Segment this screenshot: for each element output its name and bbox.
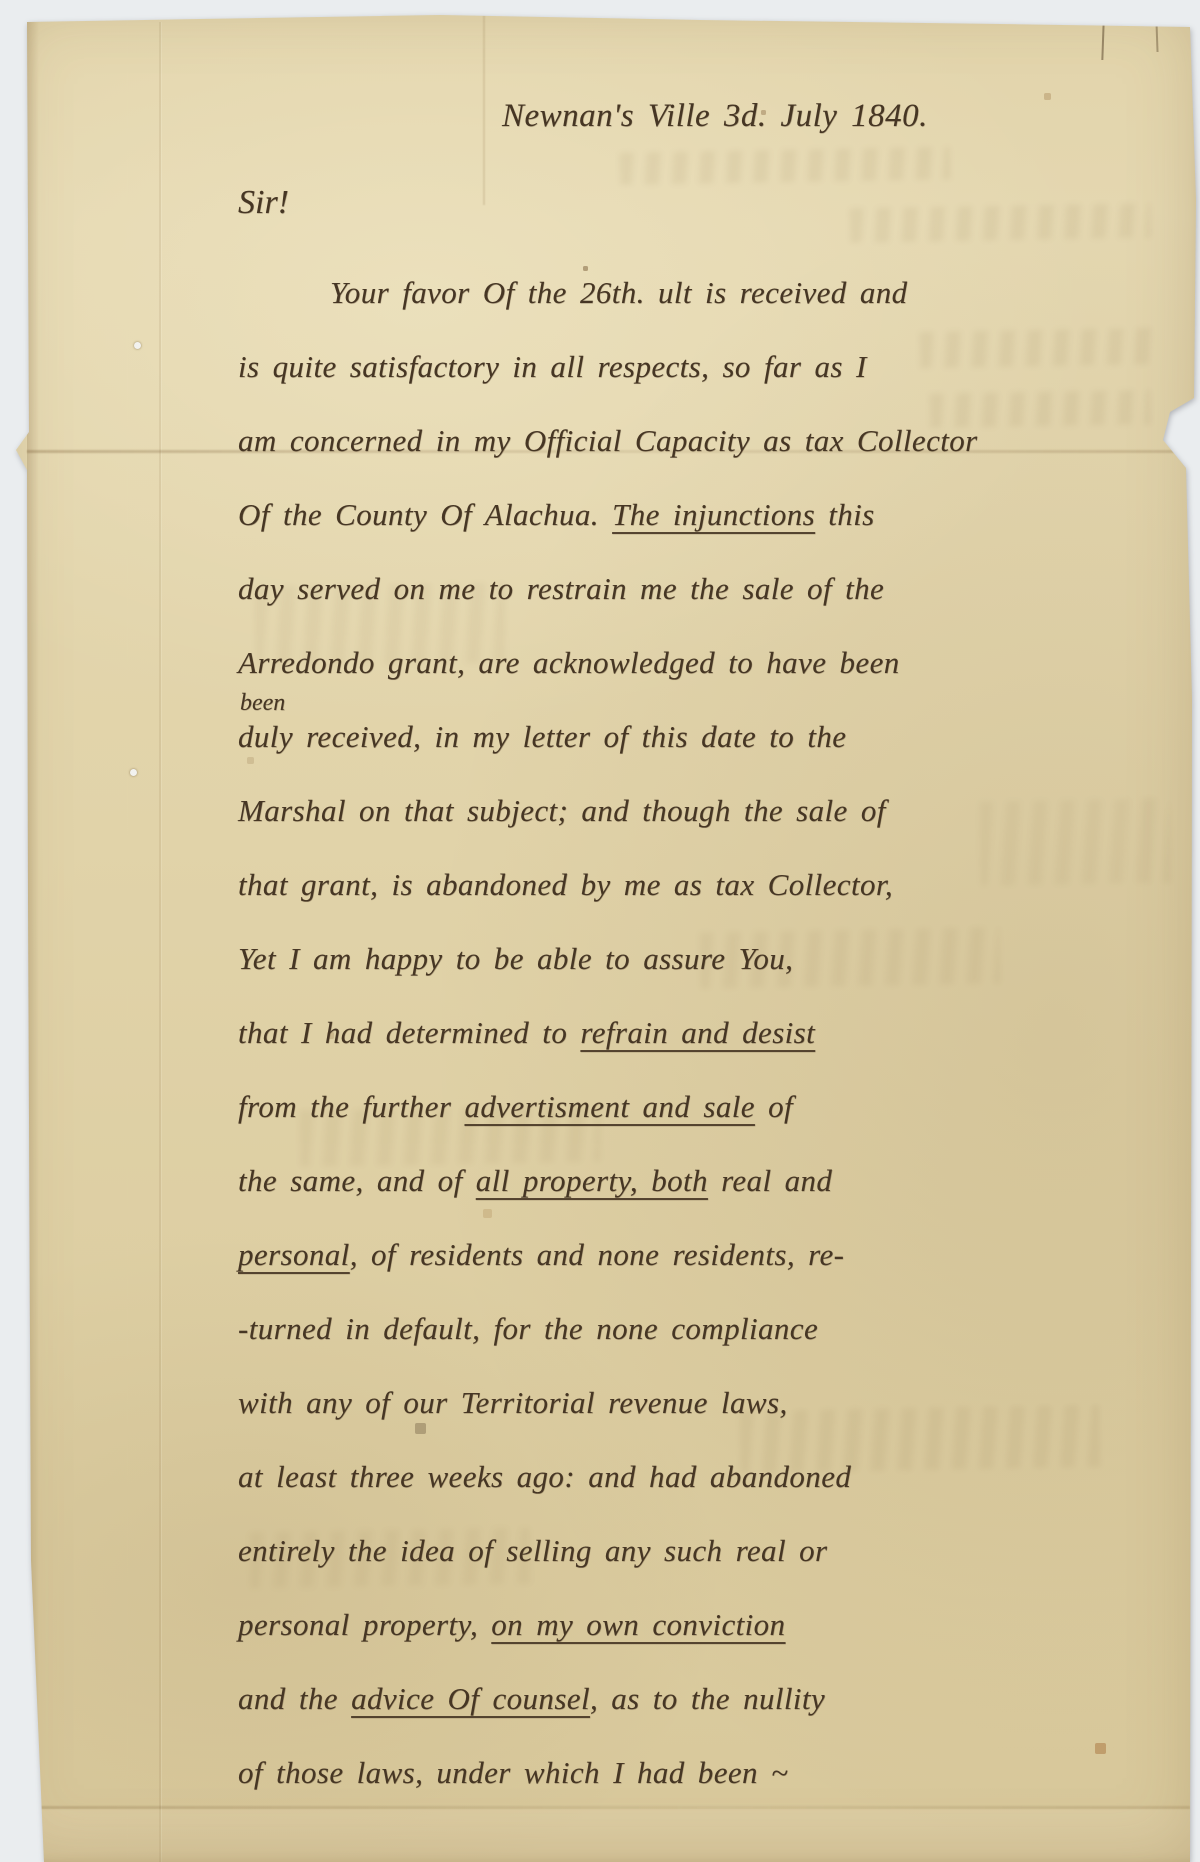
letter-line: am concerned in my Official Capacity as … (238, 404, 998, 478)
underlined-phrase: all property, both (476, 1163, 708, 1198)
letter-line: Marshal on that subject; and though the … (238, 774, 998, 848)
underlined-phrase: advice Of counsel (351, 1681, 590, 1716)
phrase: , as to the nullity (590, 1681, 825, 1716)
letter-line: the same, and of all property, both real… (238, 1144, 998, 1218)
letter-line: personal, of residents and none resident… (238, 1218, 998, 1292)
phrase: Arredondo grant, are acknowledged to hav… (238, 645, 900, 680)
phrase: personal property, (238, 1607, 491, 1642)
fold-light-band (30, 1809, 1190, 1862)
phrase: duly received, in my letter of this date… (238, 719, 846, 754)
vertical-fold-crease (159, 22, 161, 1862)
phrase: this (815, 497, 875, 532)
phrase: of those laws, under which I had been ~ (238, 1755, 788, 1790)
letter-line: -turned in default, for the none complia… (238, 1292, 998, 1366)
phrase: , of residents and none residents, re- (350, 1237, 845, 1272)
phrase: and the (238, 1681, 351, 1716)
letter-line: from the further advertisment and sale o… (238, 1070, 998, 1144)
underlined-phrase: personal (238, 1237, 350, 1272)
underlined-phrase: refrain and desist (580, 1015, 815, 1050)
letter-line: of those laws, under which I had been ~ (238, 1736, 998, 1810)
phrase: Yet I am happy to be able to assure You, (238, 941, 793, 976)
letter-line: day served on me to restrain me the sale… (238, 552, 998, 626)
underlined-phrase: on my own conviction (491, 1607, 785, 1642)
phrase: entirely the idea of selling any such re… (238, 1533, 827, 1568)
paper-crack (1155, 22, 1158, 52)
paper-shadow-wrap: Newnan's Ville 3d. July 1840. Sir! been … (0, 0, 1200, 1862)
phrase: that I had determined to (238, 1015, 580, 1050)
phrase: at least three weeks ago: and had abando… (238, 1459, 851, 1494)
stain-specks (0, 0, 1, 1)
archival-scan-page: { "page": { "background_color": "#eaedef… (0, 0, 1200, 1862)
phrase: the same, and of (238, 1163, 476, 1198)
phrase: -turned in default, for the none complia… (238, 1311, 818, 1346)
letter-line: Your favor Of the 26th. ult is received … (238, 256, 998, 330)
vertical-fold-crease-top (483, 15, 485, 205)
phrase: Marshal on that subject; and though the … (238, 793, 886, 828)
letter-line: personal property, on my own conviction (238, 1588, 998, 1662)
letter-line: duly received, in my letter of this date… (238, 700, 998, 774)
pin-hole (134, 342, 141, 349)
letter-dateline: Newnan's Ville 3d. July 1840. (502, 98, 928, 135)
letter-salutation: Sir! (238, 184, 289, 222)
phrase: am concerned in my Official Capacity as … (238, 423, 978, 458)
phrase: from the further (238, 1089, 464, 1124)
left-edge-shading (27, 22, 39, 1862)
underlined-phrase: The injunctions (612, 497, 815, 532)
phrase: Your favor Of the 26th. ult is received … (330, 275, 908, 310)
paper-crack (1101, 22, 1104, 60)
phrase: real and (708, 1163, 832, 1198)
letter-line: Arredondo grant, are acknowledged to hav… (238, 626, 998, 700)
letter-line: that I had determined to refrain and des… (238, 996, 998, 1070)
letter-line: Of the County Of Alachua. The injunction… (238, 478, 998, 552)
phrase: of (755, 1089, 793, 1124)
phrase: with any of our Territorial revenue laws… (238, 1385, 788, 1420)
pin-hole (130, 769, 137, 776)
underlined-phrase: advertisment and sale (464, 1089, 754, 1124)
letter-line: entirely the idea of selling any such re… (238, 1514, 998, 1588)
phrase: Of the County Of Alachua. (238, 497, 612, 532)
phrase: day served on me to restrain me the sale… (238, 571, 884, 606)
letter-line: with any of our Territorial revenue laws… (238, 1366, 998, 1440)
letter-line: and the advice Of counsel, as to the nul… (238, 1662, 998, 1736)
phrase: that grant, is abandoned by me as tax Co… (238, 867, 893, 902)
ink-bleedthrough (979, 798, 1170, 885)
ink-bleedthrough (850, 203, 1151, 242)
phrase: is quite satisfactory in all respects, s… (238, 349, 867, 384)
letter-body: Your favor Of the 26th. ult is received … (238, 256, 998, 1810)
letter-line: Yet I am happy to be able to assure You, (238, 922, 998, 996)
ink-bleedthrough (620, 147, 951, 185)
letter-line: is quite satisfactory in all respects, s… (238, 330, 998, 404)
letter-line: that grant, is abandoned by me as tax Co… (238, 848, 998, 922)
paper-sheet: Newnan's Ville 3d. July 1840. Sir! been … (0, 0, 1200, 1862)
letter-line: at least three weeks ago: and had abando… (238, 1440, 998, 1514)
